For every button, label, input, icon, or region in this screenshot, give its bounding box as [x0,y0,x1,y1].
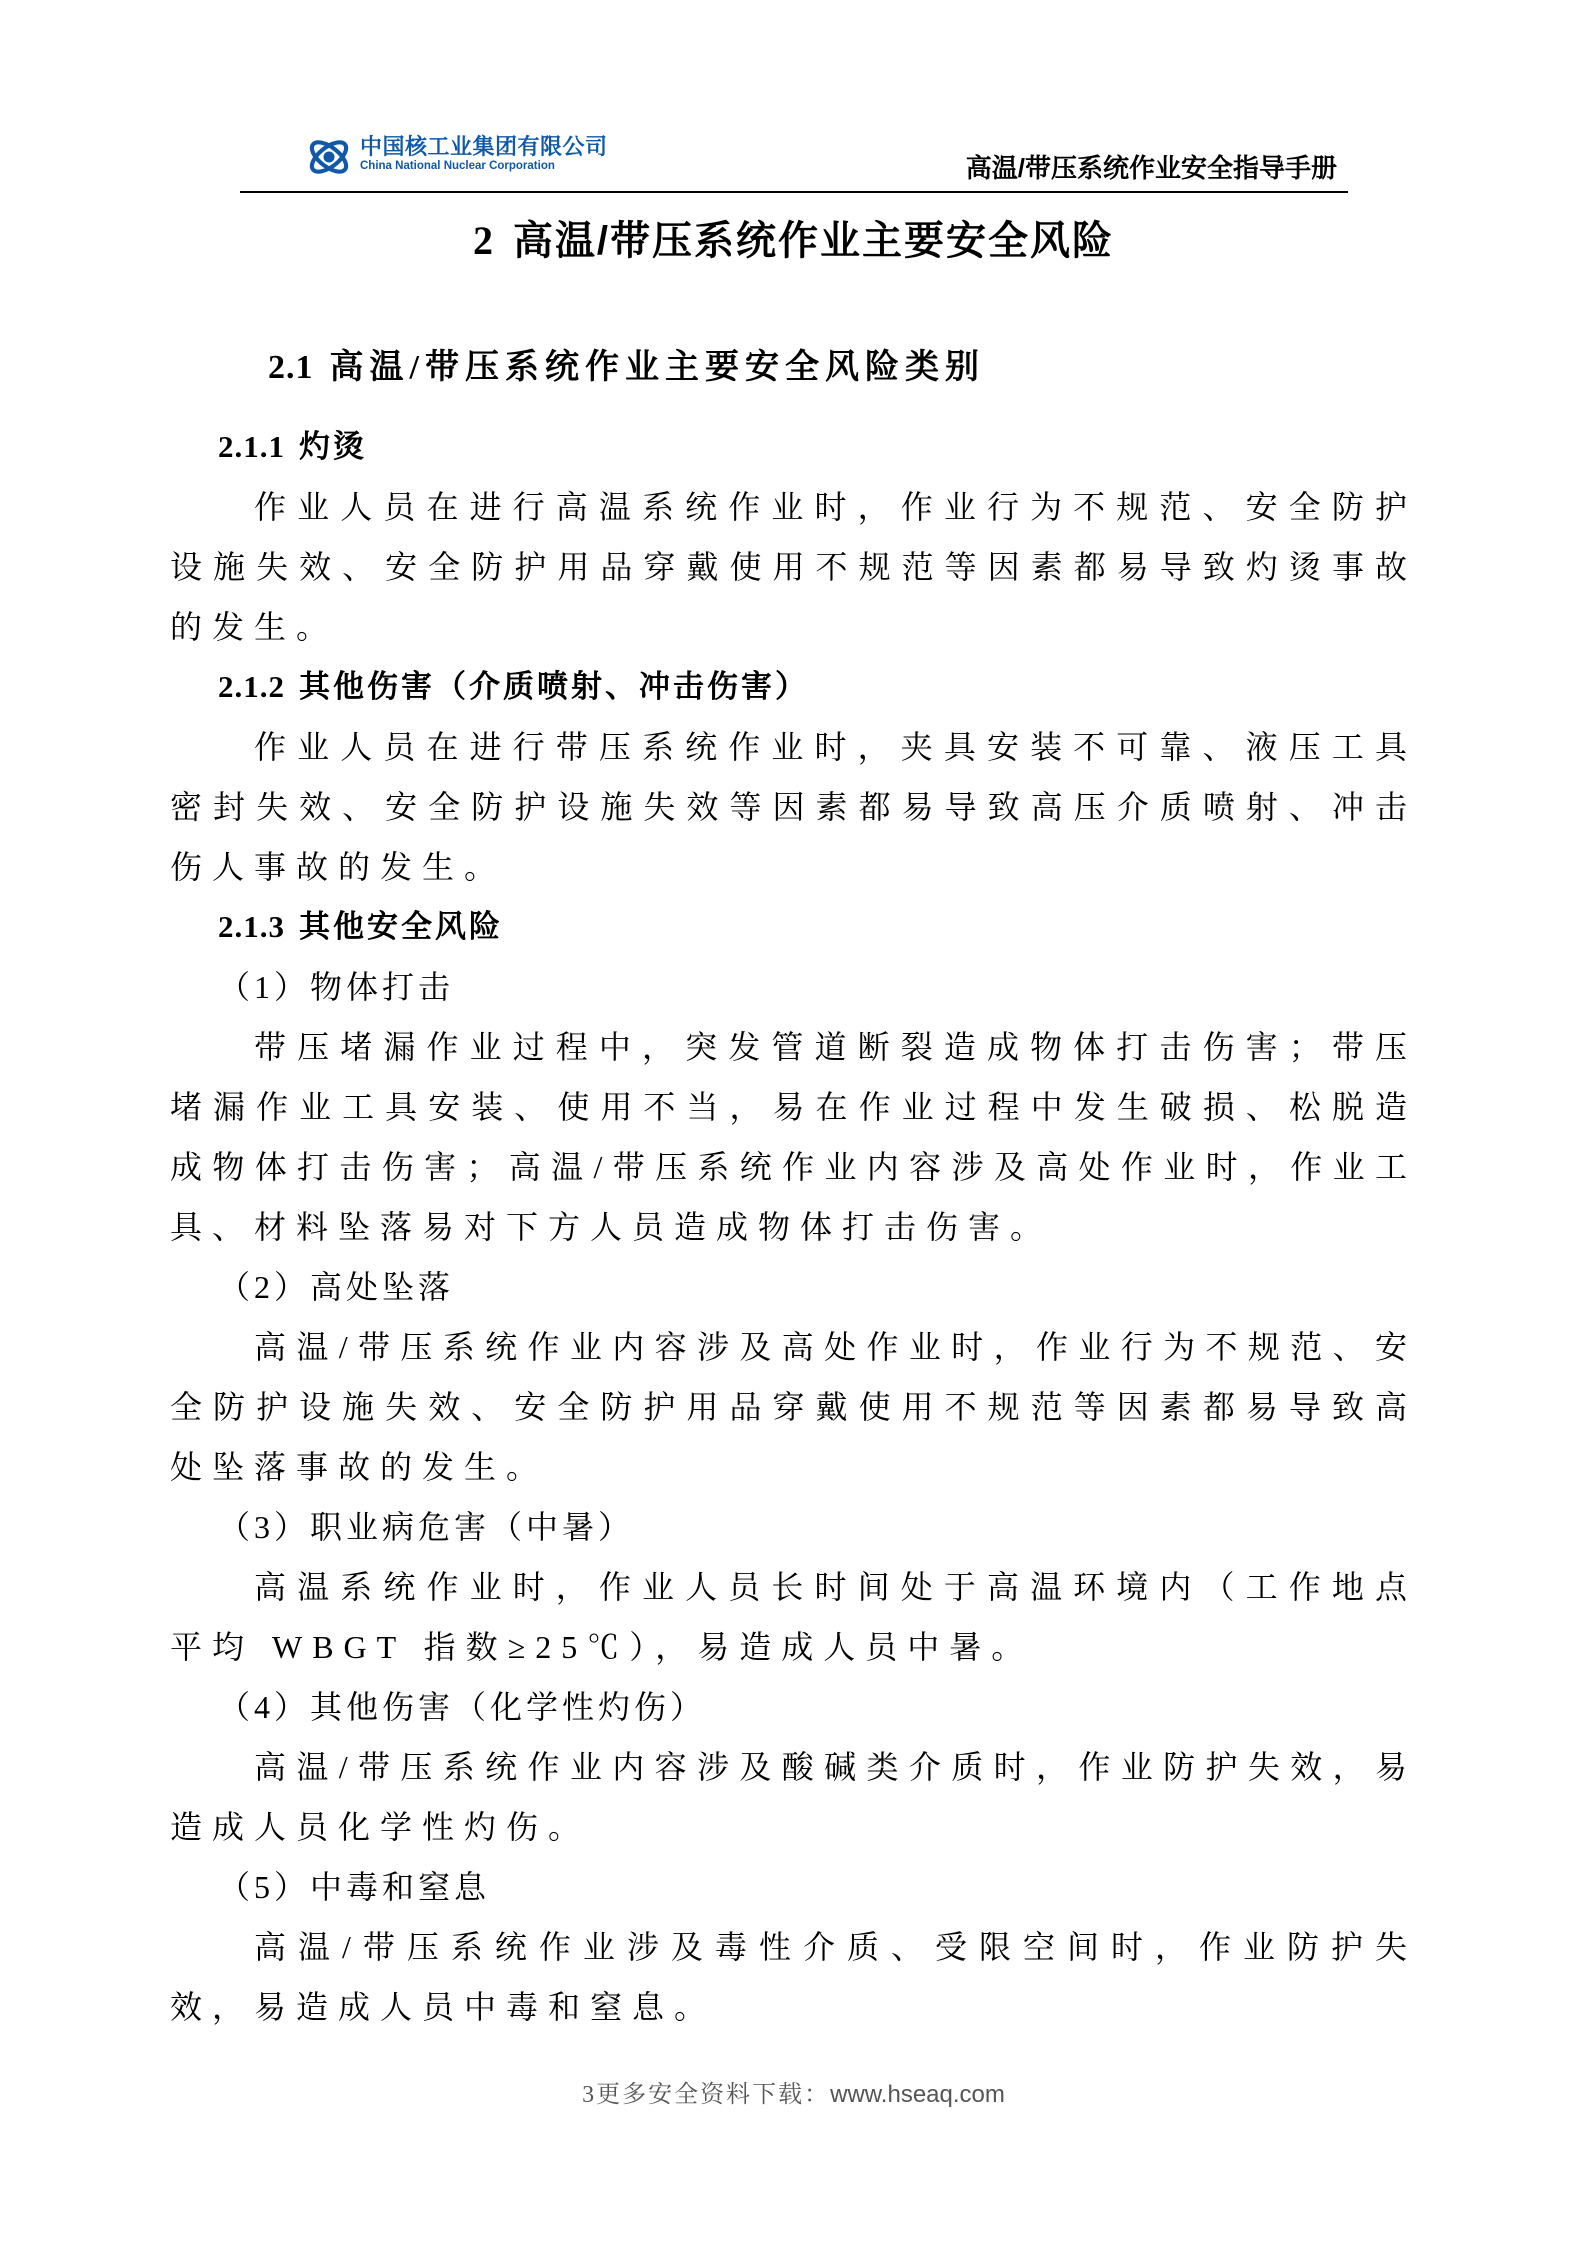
body-paragraph: 带压堵漏作业过程中，突发管道断裂造成物体打击伤害；带压堵漏作业工具安装、使用不当… [170,1017,1417,1257]
logo-company-name-en: China National Nuclear Corporation [360,159,608,173]
logo-company-name-cn: 中国核工业集团有限公司 [360,135,608,159]
atom-icon [305,135,353,179]
heading-2-1: 2.1高温/带压系统作业主要安全风险类别 [268,345,1417,391]
heading-number: 2.1 [268,349,314,386]
body-paragraph: 作业人员在进行高温系统作业时，作业行为不规范、安全防护设施失效、安全防护用品穿戴… [170,477,1417,657]
document-body: 2高温/带压系统作业主要安全风险 2.1高温/带压系统作业主要安全风险类别 2.… [170,193,1417,2037]
heading-2-1-1: 2.1.1灼烫 [218,417,1417,477]
body-paragraph: 高温/带压系统作业涉及毒性介质、受限空间时，作业防护失效，易造成人员中毒和窒息。 [170,1917,1417,2037]
numbered-item-2: （2）高处坠落 [170,1257,1417,1317]
heading-2-1-2: 2.1.2其他伤害（介质喷射、冲击伤害） [218,657,1417,717]
page-header: 中国核工业集团有限公司 China National Nuclear Corpo… [0,0,1587,196]
manual-page: 中国核工业集团有限公司 China National Nuclear Corpo… [0,0,1587,2245]
heading-text: 高温/带压系统作业主要安全风险类别 [330,349,985,386]
heading-text: 其他伤害（介质喷射、冲击伤害） [299,669,809,704]
numbered-item-1: （1）物体打击 [170,957,1417,1017]
body-paragraph: 高温系统作业时，作业人员长时间处于高温环境内（工作地点平均 WBGT 指数≥25… [170,1557,1417,1677]
heading-2-1-3: 2.1.3其他安全风险 [218,897,1417,957]
heading-text: 其他安全风险 [299,909,503,944]
heading-number: 2.1.3 [218,909,285,944]
numbered-item-5: （5）中毒和窒息 [170,1857,1417,1917]
numbered-item-3: （3）职业病危害（中暑） [170,1497,1417,1557]
heading-number: 2.1.1 [218,429,285,464]
footer-note: 3更多安全资料下载： [582,2082,830,2108]
heading-text: 灼烫 [299,429,367,464]
chapter-title-text: 高温/带压系统作业主要安全风险 [513,219,1114,263]
header-doc-title: 高温/带压系统作业安全指导手册 [966,152,1337,184]
footer-link[interactable]: www.hseaq.com [830,2081,1005,2108]
heading-number: 2.1.2 [218,669,285,704]
body-paragraph: 高温/带压系统作业内容涉及高处作业时，作业行为不规范、安全防护设施失效、安全防护… [170,1317,1417,1497]
body-paragraph: 作业人员在进行带压系统作业时，夹具安装不可靠、液压工具密封失效、安全防护设施失效… [170,717,1417,897]
numbered-item-4: （4）其他伤害（化学性灼伤） [170,1677,1417,1737]
chapter-title: 2高温/带压系统作业主要安全风险 [170,217,1417,265]
page-footer: 3更多安全资料下载：www.hseaq.com [0,2078,1587,2112]
body-paragraph: 高温/带压系统作业内容涉及酸碱类介质时，作业防护失效，易造成人员化学性灼伤。 [170,1737,1417,1857]
chapter-number: 2 [473,218,493,263]
cnnc-logo: 中国核工业集团有限公司 China National Nuclear Corpo… [305,135,608,179]
logo-text: 中国核工业集团有限公司 China National Nuclear Corpo… [360,135,608,173]
